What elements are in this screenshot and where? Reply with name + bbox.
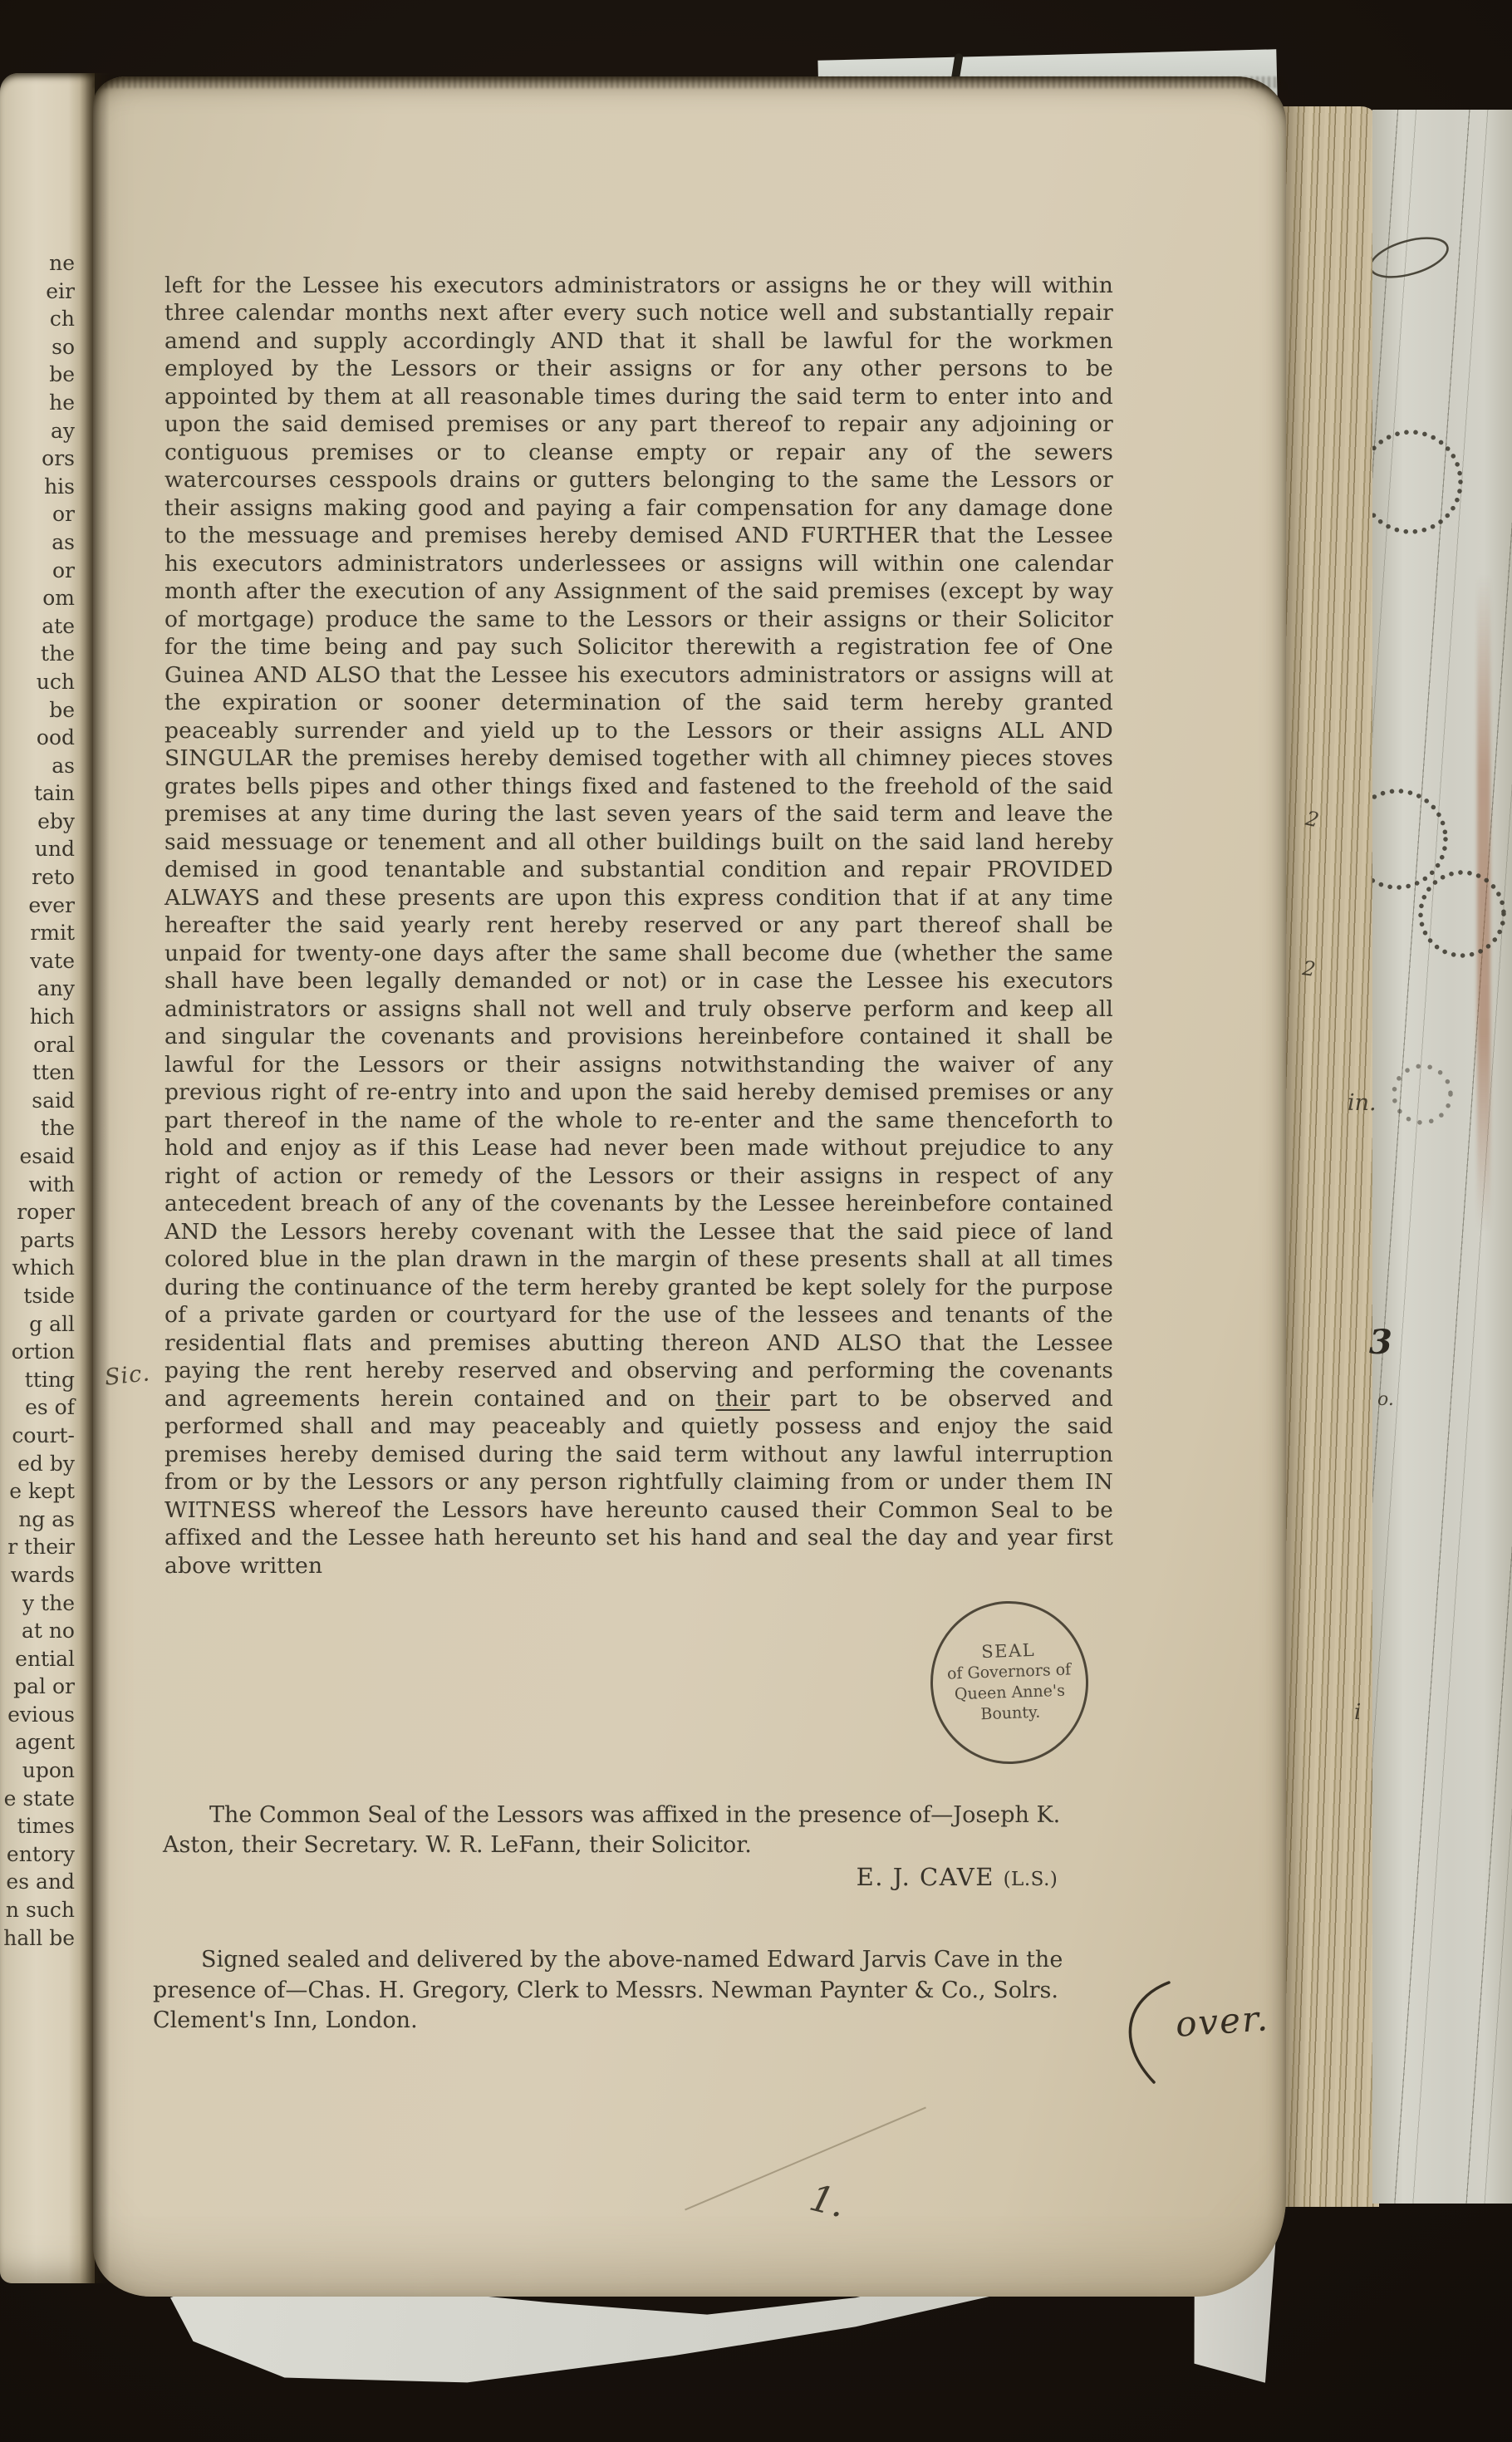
left-edge-line-fragment: r their: [0, 1533, 75, 1561]
left-edge-line-fragment: eby: [0, 808, 75, 836]
left-edge-line-fragment: oral: [0, 1031, 75, 1059]
handwritten-page-number: 1.: [805, 2177, 849, 2227]
left-edge-line-fragment: times: [0, 1812, 75, 1840]
left-edge-line-fragment: his: [0, 473, 75, 501]
book-photo: 2 2 in. 3 o. i neeirchsobeheayorshisoras…: [0, 0, 1512, 2442]
left-edge-line-fragment: n such: [0, 1896, 75, 1924]
signature-line: E. J. CAVE (L.S.): [824, 1863, 1090, 1891]
seal-line-3: Queen Anne's: [955, 1681, 1066, 1706]
left-edge-line-fragment: eir: [0, 278, 75, 306]
left-edge-line-fragment: rmit: [0, 919, 75, 947]
left-edge-line-fragment: with: [0, 1171, 75, 1199]
deed-body-part1: left for the Lessee his executors admini…: [164, 273, 1113, 1412]
left-edge-line-fragment: any: [0, 975, 75, 1003]
page-stack-edge: [1278, 106, 1379, 2207]
left-edge-text-column: neeirchsobeheayorshisorasoromatetheuchbe…: [0, 249, 75, 1952]
left-edge-line-fragment: ed by: [0, 1450, 75, 1478]
left-edge-line-fragment: und: [0, 835, 75, 863]
seal-line-4: Bounty.: [980, 1703, 1041, 1725]
handwritten-parenthesis: [1111, 1978, 1177, 2094]
left-edge-line-fragment: es and: [0, 1868, 75, 1896]
left-edge-line-fragment: e kept: [0, 1477, 75, 1506]
left-edge-line-fragment: reto: [0, 863, 75, 892]
left-edge-line-fragment: entory: [0, 1840, 75, 1869]
attestation-paragraph: The Common Seal of the Lessors was affix…: [163, 1801, 1122, 1860]
left-edge-line-fragment: be: [0, 361, 75, 389]
left-edge-line-fragment: ever: [0, 892, 75, 920]
left-edge-line-fragment: ne: [0, 249, 75, 278]
seal-stamp: SEAL of Governors of Queen Anne's Bounty…: [928, 1599, 1092, 1767]
left-edge-line-fragment: as: [0, 528, 75, 557]
left-edge-line-fragment: tain: [0, 779, 75, 808]
left-edge-line-fragment: pal or: [0, 1673, 75, 1701]
left-edge-line-fragment: esaid: [0, 1142, 75, 1171]
left-edge-line-fragment: om: [0, 584, 75, 612]
left-edge-line-fragment: the: [0, 640, 75, 668]
left-edge-line-fragment: es of: [0, 1393, 75, 1422]
left-edge-line-fragment: tten: [0, 1059, 75, 1087]
witness-paragraph: Signed sealed and delivered by the above…: [153, 1945, 1123, 2037]
left-edge-line-fragment: agent: [0, 1728, 75, 1757]
left-edge-line-fragment: roper: [0, 1198, 75, 1226]
edge-handwriting-in: in.: [1348, 1090, 1377, 1116]
left-edge-line-fragment: e state: [0, 1785, 75, 1813]
margin-note-sic: Sic.: [104, 1360, 152, 1391]
edge-number-3: 3: [1369, 1323, 1392, 1362]
left-edge-line-fragment: uch: [0, 668, 75, 696]
left-edge-line-fragment: tting: [0, 1366, 75, 1394]
scratch-line: [685, 2107, 926, 2211]
left-edge-line-fragment: wards: [0, 1561, 75, 1590]
edge-mark-o: o.: [1377, 1389, 1394, 1410]
left-edge-line-fragment: ng as: [0, 1506, 75, 1534]
left-edge-line-fragment: court-: [0, 1422, 75, 1450]
left-edge-line-fragment: said: [0, 1087, 75, 1115]
left-edge-line-fragment: be: [0, 696, 75, 725]
signature-name: E. J. CAVE: [857, 1863, 994, 1891]
sewing-hole-dots: [1372, 110, 1512, 2204]
left-edge-line-fragment: at no: [0, 1617, 75, 1645]
left-edge-line-fragment: tside: [0, 1282, 75, 1310]
left-edge-line-fragment: ential: [0, 1645, 75, 1673]
left-edge-line-fragment: g all: [0, 1310, 75, 1339]
left-edge-line-fragment: as: [0, 752, 75, 780]
gutter-shadow: [80, 73, 110, 2283]
left-edge-line-fragment: ood: [0, 724, 75, 752]
deed-body-paragraph: left for the Lessee his executors admini…: [164, 272, 1113, 1580]
left-edge-line-fragment: hich: [0, 1003, 75, 1031]
edge-mark-i: i: [1354, 1700, 1361, 1725]
under-page-edge: [1372, 110, 1512, 2204]
top-edge-fringe: [93, 76, 1286, 88]
left-edge-line-fragment: or: [0, 500, 75, 528]
deed-body-part2: part to be observed and performed shall …: [164, 1386, 1113, 1579]
handwritten-over-word: over.: [1174, 1997, 1270, 2045]
left-edge-line-fragment: vate: [0, 947, 75, 975]
underlined-word: their: [715, 1386, 770, 1412]
handwritten-over-note: over.: [1111, 1978, 1302, 2094]
left-edge-line-fragment: parts: [0, 1226, 75, 1255]
left-edge-line-fragment: which: [0, 1254, 75, 1282]
left-edge-line-fragment: hall be: [0, 1924, 75, 1953]
left-edge-line-fragment: so: [0, 333, 75, 361]
left-edge-line-fragment: or: [0, 557, 75, 585]
signature-seal-abbrev: (L.S.): [1004, 1869, 1058, 1890]
left-edge-line-fragment: the: [0, 1114, 75, 1142]
left-edge-line-fragment: ate: [0, 612, 75, 641]
left-edge-line-fragment: ortion: [0, 1338, 75, 1366]
left-edge-line-fragment: he: [0, 389, 75, 417]
main-page: Sic. left for the Lessee his executors a…: [93, 76, 1286, 2297]
seal-line-1: SEAL: [981, 1640, 1036, 1663]
left-edge-line-fragment: ch: [0, 305, 75, 333]
left-edge-line-fragment: upon: [0, 1757, 75, 1785]
left-edge-line-fragment: ors: [0, 445, 75, 473]
left-edge-line-fragment: evious: [0, 1701, 75, 1729]
left-edge-line-fragment: ay: [0, 417, 75, 445]
left-edge-line-fragment: y the: [0, 1590, 75, 1618]
